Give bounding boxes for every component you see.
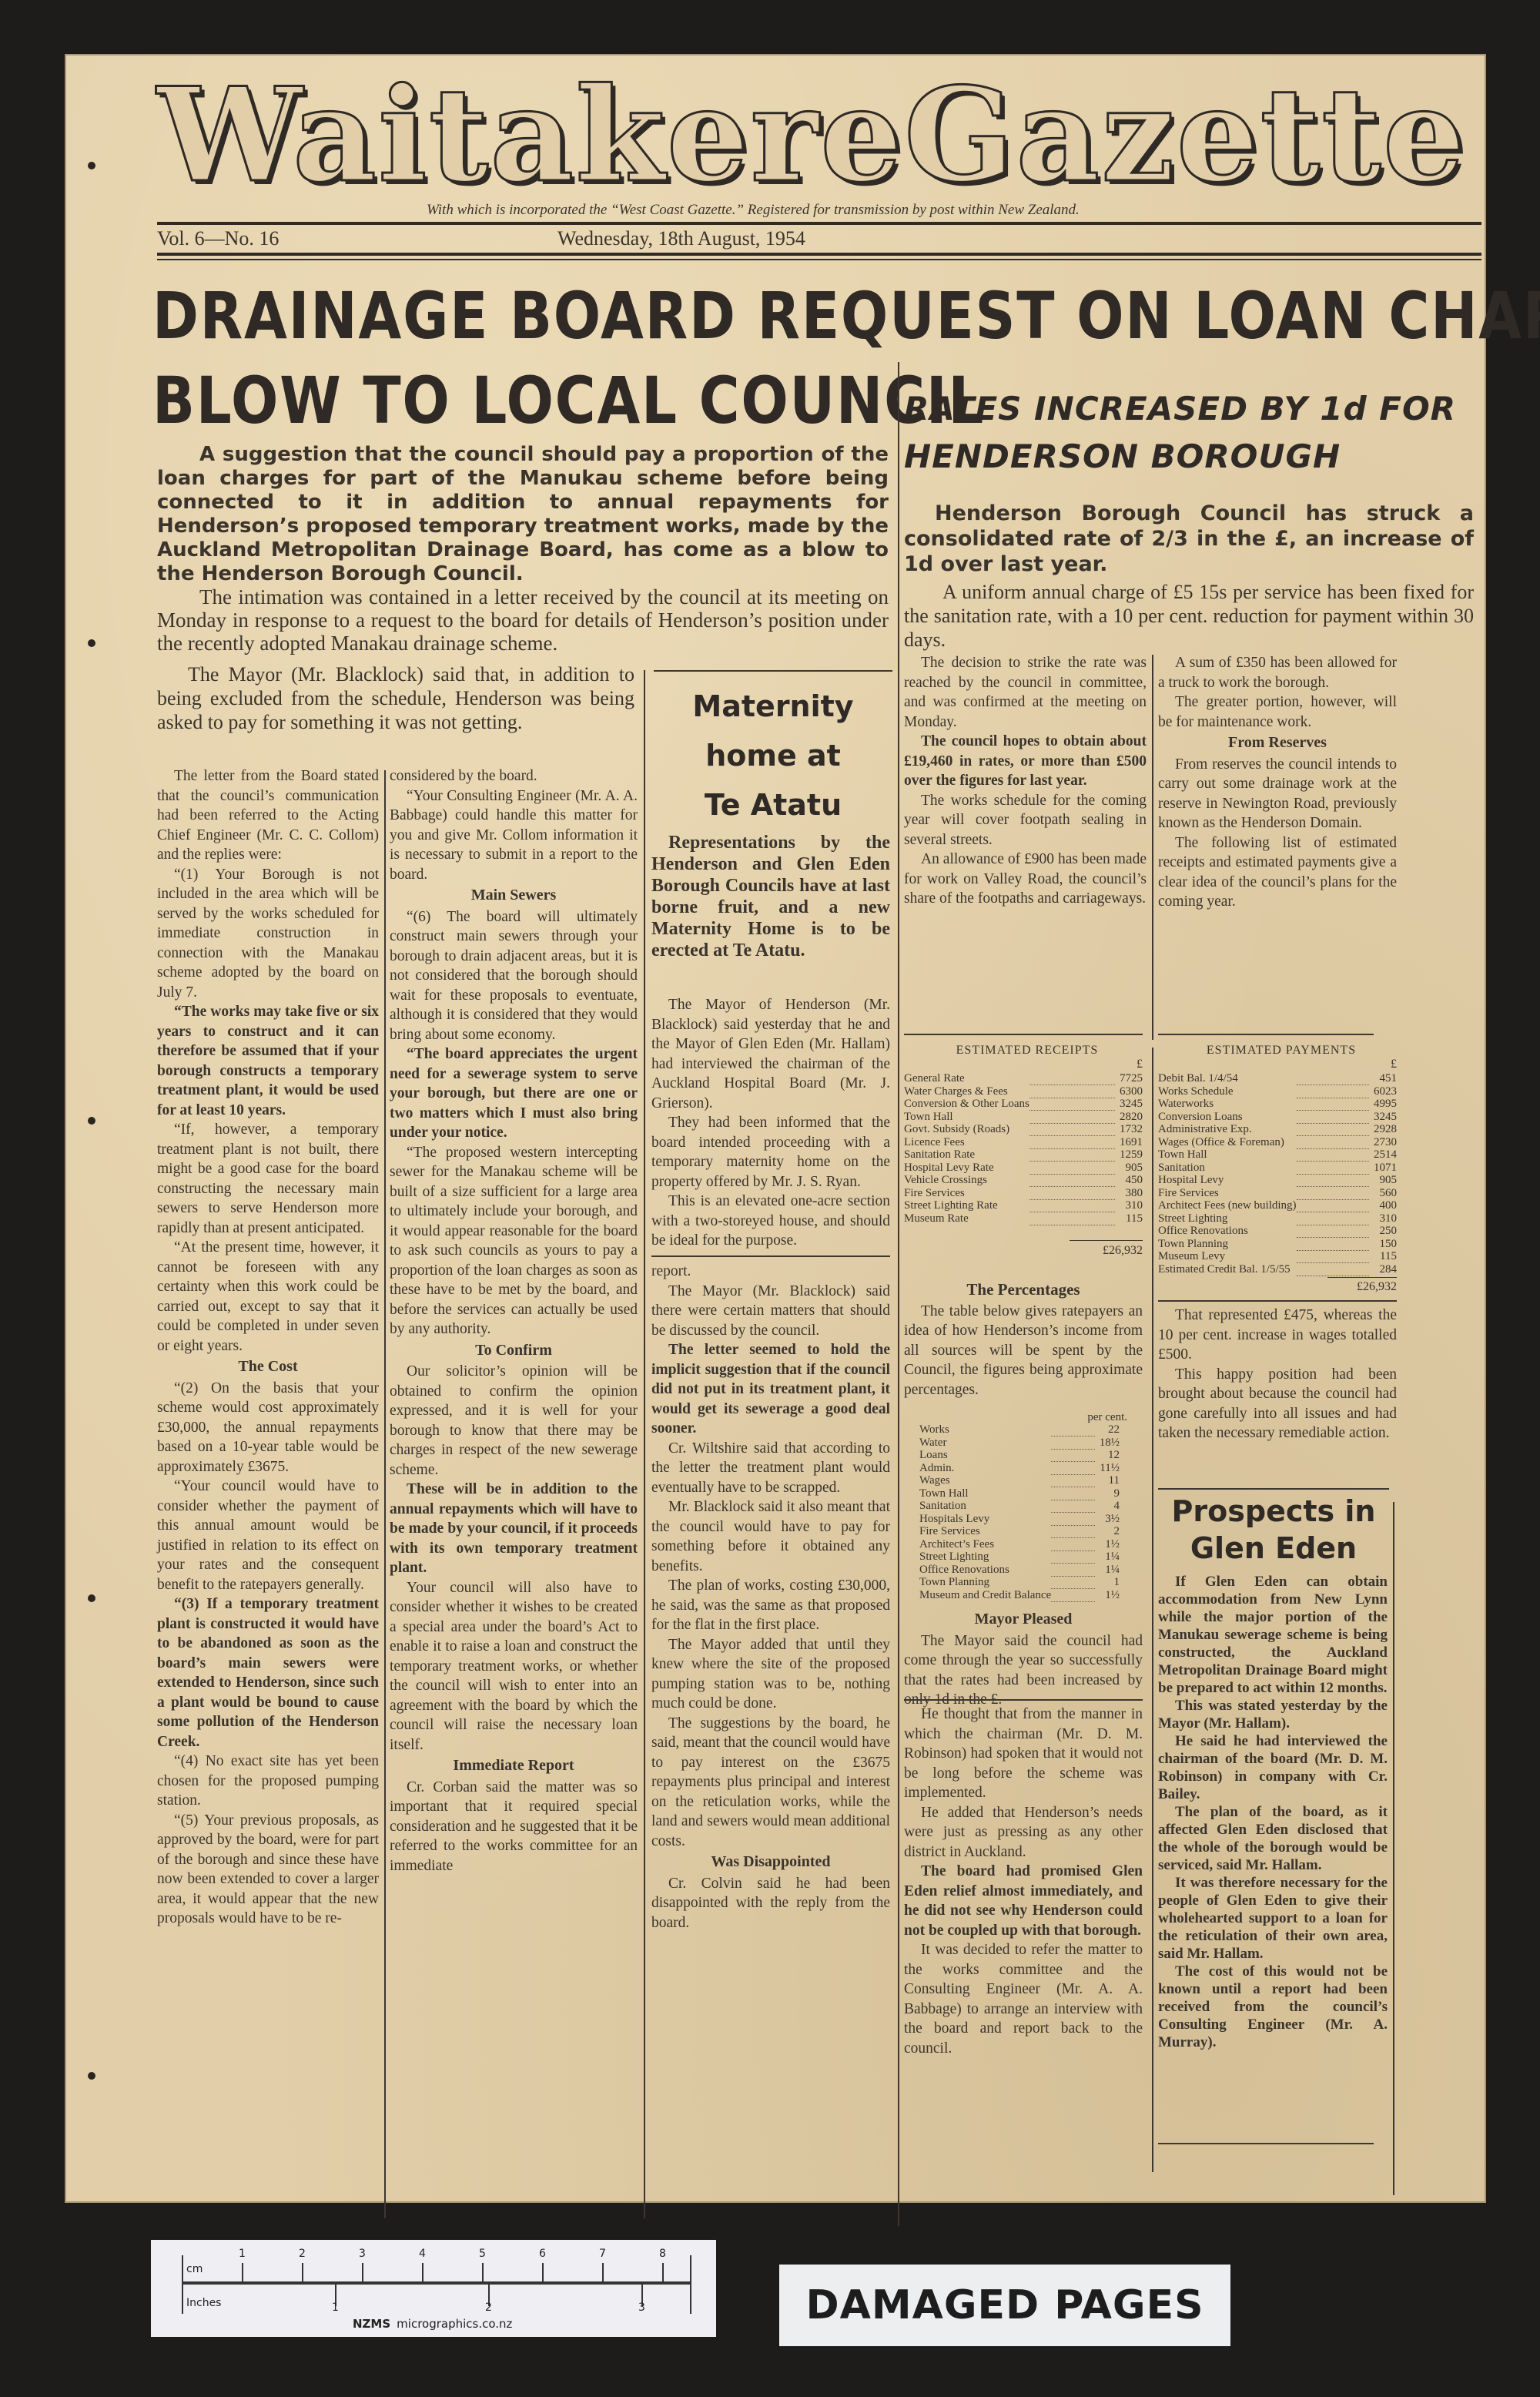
main-story-column-1: The letter from the Board stated that th… bbox=[157, 766, 379, 1929]
paragraph: The Mayor (Mr. Blacklock) said there wer… bbox=[651, 1282, 890, 1341]
mayor-pleased-block: Mayor Pleased The Mayor said the council… bbox=[904, 1608, 1143, 1710]
paragraph: This happy position had been brought abo… bbox=[1158, 1365, 1397, 1443]
table-row: Museum Rate115 bbox=[904, 1212, 1143, 1225]
table-row: Estimated Credit Bal. 1/5/55284 bbox=[1158, 1263, 1397, 1276]
table-row: Hospital Levy Rate905 bbox=[904, 1162, 1143, 1175]
receipts-unit: £ bbox=[904, 1058, 1143, 1071]
paragraph: The decision to strike the rate was reac… bbox=[904, 653, 1147, 732]
paragraph: report. bbox=[651, 1262, 890, 1282]
maternity-body: The Mayor of Henderson (Mr. Blacklock) s… bbox=[651, 995, 890, 1251]
table-row: Town Hall2514 bbox=[1158, 1148, 1397, 1162]
box-rule bbox=[1158, 2143, 1374, 2144]
scale-edge bbox=[182, 2255, 183, 2314]
box-border bbox=[1393, 1502, 1394, 2195]
table-row: Street Lighting Rate310 bbox=[904, 1199, 1143, 1212]
table-row: Wages11 bbox=[919, 1474, 1120, 1487]
cm-tick-label: 4 bbox=[419, 2248, 426, 2260]
column-divider bbox=[1152, 655, 1153, 1040]
box-rule bbox=[904, 1034, 1143, 1035]
cm-tick bbox=[302, 2263, 303, 2283]
table-row: Office Renovations1¼ bbox=[919, 1564, 1120, 1577]
rates-column-right: A sum of £350 has been allowed for a tru… bbox=[1158, 653, 1397, 912]
cm-tick bbox=[662, 2263, 664, 2283]
table-row: Street Lighting1¼ bbox=[919, 1551, 1120, 1564]
rates-continued: That represented £475, whereas the 10 pe… bbox=[1158, 1306, 1397, 1443]
paragraph: A sum of £350 has been allowed for a tru… bbox=[1158, 653, 1397, 692]
paragraph: “(5) Your previous proposals, as approve… bbox=[157, 1811, 379, 1929]
paragraph: Your council will also have to consider … bbox=[390, 1578, 638, 1755]
scale-inch-label: Inches bbox=[186, 2297, 221, 2309]
receipts-total: £26,932 bbox=[904, 1244, 1143, 1258]
table-row: Hospitals Levy3½ bbox=[919, 1513, 1120, 1526]
scale-bar bbox=[182, 2281, 690, 2285]
cm-tick-label: 1 bbox=[239, 2248, 246, 2260]
table-row: Works22 bbox=[919, 1423, 1120, 1437]
paragraph: The council hopes to obtain about £19,46… bbox=[904, 732, 1147, 791]
nzms-brand: NZMSmicrographics.co.nz bbox=[353, 2317, 512, 2331]
volume-number: Vol. 6—No. 16 bbox=[157, 227, 279, 250]
paragraph: The cost of this would not be known unti… bbox=[1158, 1963, 1388, 2051]
table-row: Vehicle Crossings450 bbox=[904, 1174, 1143, 1187]
inch-tick-label: 2 bbox=[485, 2301, 492, 2314]
headline-line: home at bbox=[654, 731, 892, 780]
paragraph: This is an elevated one-acre section wit… bbox=[651, 1192, 890, 1251]
total-rule bbox=[1327, 1277, 1397, 1278]
date-rule-thin bbox=[157, 259, 1481, 260]
paragraph: “Your Consulting Engineer (Mr. A. A. Bab… bbox=[390, 786, 638, 885]
cm-tick bbox=[242, 2263, 243, 2283]
table-row: Debit Bal. 1/4/54451 bbox=[1158, 1072, 1397, 1085]
paragraph: Cr. Colvin said he had been disappointed… bbox=[651, 1874, 890, 1933]
table-row: Architect Fees (new building)400 bbox=[1158, 1199, 1397, 1212]
subheading: From Reserves bbox=[1158, 733, 1397, 753]
box-rule bbox=[651, 1255, 890, 1257]
main-headline-line1: DRAINAGE BOARD REQUEST ON LOAN CHARGES bbox=[152, 278, 1540, 354]
paragraph: “The proposed western intercepting sewer… bbox=[390, 1143, 638, 1339]
main-intro: The intimation was contained in a letter… bbox=[157, 585, 889, 655]
binding-hole bbox=[88, 1594, 95, 1602]
cm-tick bbox=[362, 2263, 363, 2283]
box-rule bbox=[904, 1699, 1143, 1701]
main-story-column-3: report.The Mayor (Mr. Blacklock) said th… bbox=[651, 1262, 890, 1933]
percentages-intro: The table below gives ratepayers an idea… bbox=[904, 1302, 1143, 1400]
table-row: Govt. Subsidy (Roads)1732 bbox=[904, 1123, 1143, 1136]
paragraph: “The board appreciates the urgent need f… bbox=[390, 1044, 638, 1143]
paragraph: Our solicitor’s opinion will be obtained… bbox=[390, 1362, 638, 1480]
table-row: Museum and Credit Balance1½ bbox=[919, 1589, 1120, 1602]
table-row: Administrative Exp.2928 bbox=[1158, 1123, 1397, 1136]
scale-cm-label: cm bbox=[186, 2263, 203, 2275]
cm-tick bbox=[542, 2263, 544, 2283]
headline-line: Maternity bbox=[654, 682, 892, 731]
paragraph: These will be in addition to the annual … bbox=[390, 1480, 638, 1578]
paragraph: “(3) If a temporary treatment plant is c… bbox=[157, 1594, 379, 1752]
paragraph: The letter from the Board stated that th… bbox=[157, 766, 379, 865]
column-divider bbox=[644, 670, 645, 2218]
paragraph: “The works may take five or six years to… bbox=[157, 1002, 379, 1120]
table-row: Hospital Levy905 bbox=[1158, 1174, 1397, 1187]
table-row: Fire Services380 bbox=[904, 1187, 1143, 1200]
scale-edge bbox=[690, 2255, 691, 2314]
mayor-paragraph: The Mayor (Mr. Blacklock) said that, in … bbox=[157, 662, 634, 734]
payments-unit: £ bbox=[1158, 1058, 1397, 1071]
paragraph: Cr. Corban said the matter was so import… bbox=[390, 1778, 638, 1876]
table-row: Licence Fees1691 bbox=[904, 1136, 1143, 1149]
glen-eden-headline: Prospects inGlen Eden bbox=[1158, 1493, 1389, 1567]
paragraph: The plan of the board, as it affected Gl… bbox=[1158, 1803, 1388, 1874]
paragraph: Mr. Blacklock said it also meant that th… bbox=[651, 1497, 890, 1576]
paragraph: “(6) The board will ultimately construct… bbox=[390, 907, 638, 1045]
paragraph: It was decided to refer the matter to th… bbox=[904, 1940, 1143, 2058]
percentages-heading: The Percentages bbox=[904, 1280, 1143, 1300]
paragraph: “(4) No exact site has yet been chosen f… bbox=[157, 1752, 379, 1811]
paragraph: “(2) On the basis that your scheme would… bbox=[157, 1379, 379, 1477]
table-row: Architect’s Fees1½ bbox=[919, 1538, 1120, 1551]
paragraph: An allowance of £900 has been made for w… bbox=[904, 850, 1147, 909]
paragraph: They had been informed that the board in… bbox=[651, 1113, 890, 1192]
subheading: To Confirm bbox=[390, 1341, 638, 1361]
paragraph: The letter seemed to hold the implicit s… bbox=[651, 1340, 890, 1439]
table-row: Waterworks4995 bbox=[1158, 1098, 1397, 1111]
damaged-pages-label: DAMAGED PAGES bbox=[779, 2265, 1230, 2346]
paragraph: “If, however, a temporary treatment plan… bbox=[157, 1120, 379, 1238]
paragraph: “At the present time, however, it cannot… bbox=[157, 1238, 379, 1356]
paragraph: He added that Henderson’s needs were jus… bbox=[904, 1803, 1143, 1862]
table-row: Conversion & Other Loans3245 bbox=[904, 1098, 1143, 1111]
main-story-column-2: considered by the board.“Your Consulting… bbox=[390, 766, 638, 1876]
rates-column-left: The decision to strike the rate was reac… bbox=[904, 653, 1147, 909]
cm-tick bbox=[482, 2263, 484, 2283]
main-lead: A suggestion that the council should pay… bbox=[157, 443, 889, 586]
masthead-title: WaitakereGazette bbox=[157, 69, 1435, 200]
paragraph: The following list of estimated receipts… bbox=[1158, 833, 1397, 912]
subheading: Was Disappointed bbox=[651, 1852, 890, 1872]
cm-tick bbox=[602, 2263, 604, 2283]
paragraph: The plan of works, costing £30,000, he s… bbox=[651, 1576, 890, 1635]
table-row: Water18½ bbox=[919, 1437, 1120, 1450]
binding-hole bbox=[88, 639, 95, 647]
table-row: Loans12 bbox=[919, 1449, 1120, 1462]
cm-tick-label: 3 bbox=[359, 2248, 366, 2260]
table-row: Town Planning150 bbox=[1158, 1238, 1397, 1251]
receipts-table: General Rate7725Water Charges & Fees6300… bbox=[904, 1072, 1143, 1225]
table-row: Wages (Office & Foreman)2730 bbox=[1158, 1136, 1397, 1149]
paragraph: Cr. Wiltshire said that according to the… bbox=[651, 1439, 890, 1498]
subheading: Main Sewers bbox=[390, 886, 638, 906]
mayor-pleased-text: The Mayor said the council had come thro… bbox=[904, 1631, 1143, 1710]
table-row: Conversion Loans3245 bbox=[1158, 1111, 1397, 1124]
paragraph: He thought that from the manner in which… bbox=[904, 1705, 1143, 1803]
paragraph: If Glen Eden can obtain accommodation fr… bbox=[1158, 1573, 1388, 1697]
box-rule bbox=[654, 670, 892, 672]
paragraph: The Mayor of Henderson (Mr. Blacklock) s… bbox=[651, 995, 890, 1113]
box-rule bbox=[1158, 1488, 1389, 1490]
maternity-lead: Representations by the Henderson and Gle… bbox=[651, 832, 890, 961]
glen-eden-body: If Glen Eden can obtain accommodation fr… bbox=[1158, 1573, 1388, 2051]
measurement-scale: cm Inches 12345678 123 NZMSmicrographics… bbox=[151, 2240, 716, 2337]
column-divider bbox=[384, 770, 386, 2218]
paragraph: The board had promised Glen Eden relief … bbox=[904, 1862, 1143, 1940]
receipts-title: ESTIMATED RECEIPTS bbox=[904, 1044, 1150, 1058]
paragraph: It was therefore necessary for the peopl… bbox=[1158, 1874, 1388, 1963]
headline-line: Prospects in bbox=[1158, 1493, 1389, 1530]
table-row: Street Lighting310 bbox=[1158, 1212, 1397, 1225]
table-row: Sanitation4 bbox=[919, 1500, 1120, 1513]
headline-line: Te Atatu bbox=[654, 780, 892, 830]
paragraph: This was stated yesterday by the Mayor (… bbox=[1158, 1697, 1388, 1732]
cm-tick-label: 5 bbox=[479, 2248, 486, 2260]
paragraph: considered by the board. bbox=[390, 766, 638, 786]
subheading: The Cost bbox=[157, 1357, 379, 1377]
date-rule bbox=[157, 253, 1481, 256]
cm-tick bbox=[422, 2263, 423, 2283]
paragraph: From reserves the council intends to car… bbox=[1158, 755, 1397, 833]
maternity-headline: Maternityhome atTe Atatu bbox=[654, 682, 892, 830]
table-row: Town Hall9 bbox=[919, 1487, 1120, 1500]
subheading: Immediate Report bbox=[390, 1756, 638, 1776]
binding-hole bbox=[88, 162, 95, 169]
main-story-column-4: He thought that from the manner in which… bbox=[904, 1705, 1143, 2058]
table-row: Fire Services560 bbox=[1158, 1187, 1397, 1200]
table-row: Museum Levy115 bbox=[1158, 1250, 1397, 1263]
column-divider bbox=[1152, 1048, 1153, 2172]
rates-intro: A uniform annual charge of £5 15s per se… bbox=[904, 580, 1474, 652]
total-rule bbox=[1070, 1240, 1143, 1241]
inch-tick-label: 3 bbox=[638, 2301, 645, 2314]
payments-total: £26,932 bbox=[1158, 1280, 1397, 1294]
paragraph: The suggestions by the board, he said, m… bbox=[651, 1714, 890, 1852]
table-row: Office Renovations250 bbox=[1158, 1225, 1397, 1238]
binding-hole bbox=[88, 1117, 95, 1125]
cm-tick-label: 2 bbox=[299, 2248, 306, 2260]
inch-tick-label: 1 bbox=[332, 2301, 339, 2314]
table-row: Water Charges & Fees6300 bbox=[904, 1085, 1143, 1098]
payments-title: ESTIMATED PAYMENTS bbox=[1158, 1044, 1404, 1058]
table-row: Works Schedule6023 bbox=[1158, 1085, 1397, 1098]
mayor-pleased-heading: Mayor Pleased bbox=[904, 1610, 1143, 1630]
paragraph: The works schedule for the coming year w… bbox=[904, 791, 1147, 850]
paragraph: The Mayor added that until they knew whe… bbox=[651, 1635, 890, 1714]
payments-table: Debit Bal. 1/4/54451Works Schedule6023Wa… bbox=[1158, 1072, 1397, 1276]
box-rule bbox=[1158, 1300, 1397, 1302]
masthead-tagline: With which is incorporated the “West Coa… bbox=[427, 202, 1443, 219]
masthead-rule bbox=[157, 222, 1481, 225]
headline-line: Glen Eden bbox=[1158, 1530, 1389, 1567]
paragraph: “Your council would have to consider whe… bbox=[157, 1477, 379, 1594]
table-row: Sanitation1071 bbox=[1158, 1162, 1397, 1175]
cm-tick-label: 7 bbox=[599, 2248, 606, 2260]
table-row: General Rate7725 bbox=[904, 1072, 1143, 1085]
box-rule bbox=[1158, 1034, 1374, 1035]
paragraph: The greater portion, however, will be fo… bbox=[1158, 692, 1397, 732]
cm-tick-label: 8 bbox=[659, 2248, 666, 2260]
percentages-unit: per cent. bbox=[919, 1411, 1127, 1424]
table-row: Sanitation Rate1259 bbox=[904, 1148, 1143, 1162]
rates-lead: Henderson Borough Council has struck a c… bbox=[904, 501, 1474, 577]
table-row: Fire Services2 bbox=[919, 1525, 1120, 1538]
percentages-block: The Percentages The table below gives ra… bbox=[904, 1279, 1143, 1400]
table-row: Admin.11½ bbox=[919, 1462, 1120, 1475]
issue-date: Wednesday, 18th August, 1954 bbox=[557, 227, 805, 250]
paragraph: That represented £475, whereas the 10 pe… bbox=[1158, 1306, 1397, 1365]
percentages-table: Works22Water18½Loans12Admin.11½Wages11To… bbox=[919, 1423, 1120, 1602]
paragraph: He said he had interviewed the chairman … bbox=[1158, 1732, 1388, 1803]
table-row: Town Planning1 bbox=[919, 1576, 1120, 1589]
cm-tick-label: 6 bbox=[539, 2248, 546, 2260]
newspaper-page: WaitakereGazette With which is incorpora… bbox=[65, 54, 1486, 2203]
paragraph: “(1) Your Borough is not included in the… bbox=[157, 865, 379, 1003]
table-row: Town Hall2820 bbox=[904, 1111, 1143, 1124]
rates-headline: RATES INCREASED BY 1d FOR HENDERSON BORO… bbox=[904, 385, 1489, 481]
column-divider bbox=[898, 362, 899, 2226]
binding-hole bbox=[88, 2072, 95, 2080]
